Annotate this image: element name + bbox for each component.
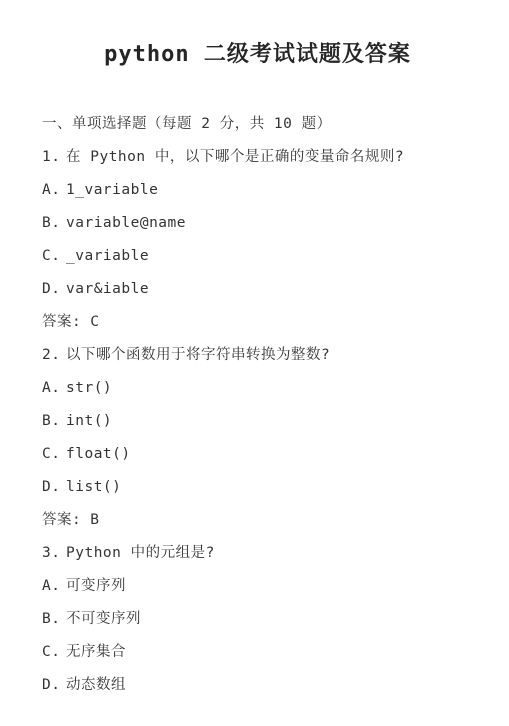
option-line: B.variable@name — [42, 207, 473, 240]
option-label: D. — [42, 471, 66, 504]
option-label: B. — [42, 405, 66, 438]
option-label: C. — [42, 636, 66, 669]
question-line: 3.Python 中的元组是? — [42, 537, 473, 570]
option-line: C.无序集合 — [42, 636, 473, 669]
answer-label: 答案: — [42, 314, 81, 330]
question-text: 在 Python 中，以下哪个是正确的变量命名规则? — [66, 149, 404, 165]
option-text: 1_variable — [66, 182, 158, 198]
option-text: int() — [66, 413, 112, 429]
option-line: C.float() — [42, 438, 473, 471]
document-page: python 二级考试试题及答案 一、单项选择题（每题 2 分，共 10 题） … — [0, 0, 509, 726]
option-text: _variable — [66, 248, 149, 264]
option-text: 动态数组 — [66, 677, 126, 693]
answer-value: C — [90, 314, 99, 330]
option-text: float() — [66, 446, 131, 462]
document-body: 一、单项选择题（每题 2 分，共 10 题） 1.在 Python 中，以下哪个… — [42, 108, 473, 702]
question-text: Python 中的元组是? — [66, 545, 215, 561]
option-line: B.不可变序列 — [42, 603, 473, 636]
option-line: A.1_variable — [42, 174, 473, 207]
option-line: A.可变序列 — [42, 570, 473, 603]
answer-label: 答案: — [42, 512, 81, 528]
option-label: A. — [42, 372, 66, 405]
option-line: D.var&iable — [42, 273, 473, 306]
option-label: B. — [42, 207, 66, 240]
option-label: B. — [42, 603, 66, 636]
question-text: 以下哪个函数用于将字符串转换为整数? — [66, 347, 330, 363]
option-line: B.int() — [42, 405, 473, 438]
option-label: D. — [42, 669, 66, 702]
option-line: D.list() — [42, 471, 473, 504]
option-line: C._variable — [42, 240, 473, 273]
option-line: D.动态数组 — [42, 669, 473, 702]
option-label: A. — [42, 174, 66, 207]
option-text: 无序集合 — [66, 644, 126, 660]
answer-line: 答案:C — [42, 306, 473, 339]
question-number: 1. — [42, 141, 66, 174]
question-number: 3. — [42, 537, 66, 570]
option-text: variable@name — [66, 215, 186, 231]
answer-line: 答案:B — [42, 504, 473, 537]
option-text: 可变序列 — [66, 578, 126, 594]
option-label: A. — [42, 570, 66, 603]
question-line: 2.以下哪个函数用于将字符串转换为整数? — [42, 339, 473, 372]
question-line: 1.在 Python 中，以下哪个是正确的变量命名规则? — [42, 141, 473, 174]
option-text: var&iable — [66, 281, 149, 297]
option-label: C. — [42, 438, 66, 471]
option-label: C. — [42, 240, 66, 273]
option-text: 不可变序列 — [66, 611, 141, 627]
answer-value: B — [90, 512, 99, 528]
question-number: 2. — [42, 339, 66, 372]
option-line: A.str() — [42, 372, 473, 405]
option-text: list() — [66, 479, 121, 495]
page-title: python 二级考试试题及答案 — [42, 40, 473, 70]
section-heading: 一、单项选择题（每题 2 分，共 10 题） — [42, 108, 473, 141]
option-label: D. — [42, 273, 66, 306]
option-text: str() — [66, 380, 112, 396]
